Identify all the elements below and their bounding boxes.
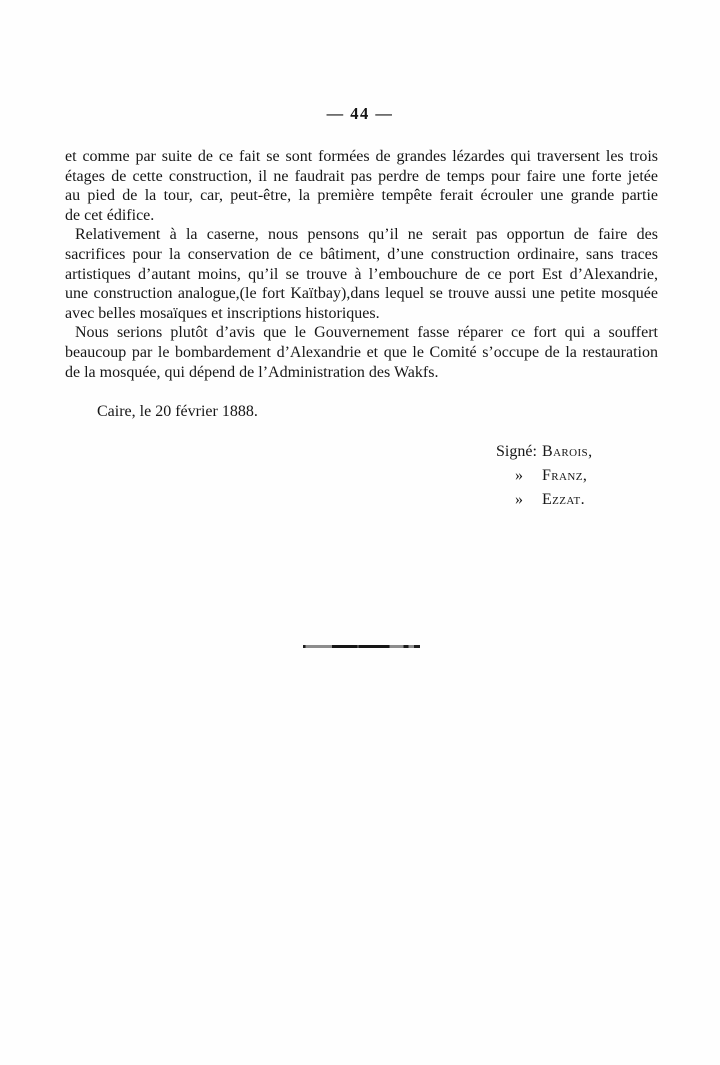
paragraph-2: Relativement à la caserne, nous pensons … [65, 225, 658, 323]
signature-row: Signé:Barois, [496, 440, 592, 464]
text-line: artistiques d’autant moins, qu’il se tro… [65, 265, 658, 285]
text-line: Relativement à la caserne, nous pensons … [65, 225, 658, 245]
signature-label: Signé: [496, 440, 542, 464]
text-line: une construction analogue,(le fort Kaïtb… [65, 284, 658, 304]
text-line: et comme par suite de ce fait se sont fo… [65, 147, 658, 167]
text-line: de cet édifice. [65, 206, 658, 226]
document-body: et comme par suite de ce fait se sont fo… [65, 147, 658, 382]
text-line: au pied de la tour, car, peut-être, la p… [65, 186, 658, 206]
paragraph-1: et comme par suite de ce fait se sont fo… [65, 147, 658, 225]
text-line: de la mosquée, qui dépend de l’Administr… [65, 363, 658, 383]
ditto-mark: » [496, 488, 542, 512]
signature-row: »Franz, [496, 464, 592, 488]
text-line: Nous serions plutôt d’avis que le Gouver… [65, 323, 658, 343]
text-line: avec belles mosaïques et inscriptions hi… [65, 304, 658, 324]
text-line: sacrifices pour la conservation de ce bâ… [65, 245, 658, 265]
text-line: étages de cette construction, il ne faud… [65, 167, 658, 187]
signature-name: Franz, [542, 467, 587, 484]
signature-name: Barois, [542, 443, 592, 460]
signature-name: Ezzat. [542, 491, 585, 508]
scanned-document-page: — 44 — et comme par suite de ce fait se … [0, 0, 720, 1065]
section-divider-rule [303, 645, 420, 648]
signature-block: Signé:Barois, »Franz, »Ezzat. [496, 440, 592, 512]
dateline: Caire, le 20 février 1888. [97, 403, 258, 421]
paragraph-3: Nous serions plutôt d’avis que le Gouver… [65, 323, 658, 382]
page-number-header: — 44 — [0, 104, 720, 124]
text-line: beaucoup par le bombardement d’Alexandri… [65, 343, 658, 363]
ditto-mark: » [496, 464, 542, 488]
signature-row: »Ezzat. [496, 488, 592, 512]
